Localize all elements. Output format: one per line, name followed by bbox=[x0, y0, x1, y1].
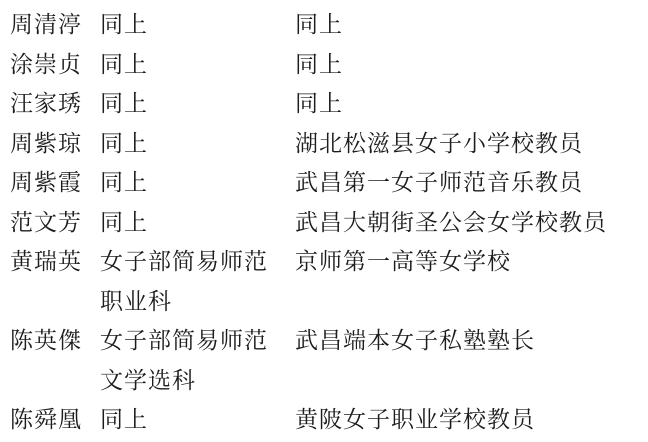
cell-person-name: 范文芳 bbox=[10, 203, 100, 243]
cell-person-name: 周紫霞 bbox=[10, 163, 100, 203]
table-row: 周紫琼 同上 湖北松滋县女子小学校教员 bbox=[10, 124, 648, 164]
cell-program: 女子部简易师范 文学选科 bbox=[100, 321, 295, 400]
table-row: 周紫霞 同上 武昌第一女子师范音乐教员 bbox=[10, 163, 648, 203]
roster-table: 周清渟 同上 同上 涂崇贞 同上 同上 汪家琇 同上 同上 周紫琼 同上 湖北松… bbox=[10, 5, 648, 440]
cell-position: 武昌第一女子师范音乐教员 bbox=[295, 163, 648, 203]
table-row: 陈英傑 女子部简易师范 文学选科 武昌端本女子私塾塾长 bbox=[10, 321, 648, 400]
cell-program: 同上 bbox=[100, 124, 295, 164]
cell-position: 武昌大朝街圣公会女学校教员 bbox=[295, 203, 648, 243]
table-row: 周清渟 同上 同上 bbox=[10, 5, 648, 45]
cell-position: 同上 bbox=[295, 5, 648, 45]
cell-program: 同上 bbox=[100, 203, 295, 243]
cell-person-name: 周清渟 bbox=[10, 5, 100, 45]
cell-person-name: 陈舜凰 bbox=[10, 400, 100, 440]
cell-person-name: 周紫琼 bbox=[10, 124, 100, 164]
cell-program: 女子部简易师范 职业科 bbox=[100, 242, 295, 321]
table-row: 涂崇贞 同上 同上 bbox=[10, 45, 648, 85]
table-row: 汪家琇 同上 同上 bbox=[10, 84, 648, 124]
cell-program: 同上 bbox=[100, 45, 295, 85]
cell-program: 同上 bbox=[100, 5, 295, 45]
document-page: 周清渟 同上 同上 涂崇贞 同上 同上 汪家琇 同上 同上 周紫琼 同上 湖北松… bbox=[0, 0, 648, 442]
cell-person-name: 汪家琇 bbox=[10, 84, 100, 124]
table-row: 陈舜凰 同上 黄陂女子职业学校教员 bbox=[10, 400, 648, 440]
cell-position: 黄陂女子职业学校教员 bbox=[295, 400, 648, 440]
cell-position: 湖北松滋县女子小学校教员 bbox=[295, 124, 648, 164]
cell-position: 京师第一高等女学校 bbox=[295, 242, 648, 282]
cell-program: 同上 bbox=[100, 84, 295, 124]
cell-program: 同上 bbox=[100, 400, 295, 440]
cell-position: 武昌端本女子私塾塾长 bbox=[295, 321, 648, 361]
cell-person-name: 涂崇贞 bbox=[10, 45, 100, 85]
table-row: 范文芳 同上 武昌大朝街圣公会女学校教员 bbox=[10, 203, 648, 243]
cell-position: 同上 bbox=[295, 45, 648, 85]
table-row: 黄瑞英 女子部简易师范 职业科 京师第一高等女学校 bbox=[10, 242, 648, 321]
cell-person-name: 黄瑞英 bbox=[10, 242, 100, 282]
cell-position: 同上 bbox=[295, 84, 648, 124]
cell-program: 同上 bbox=[100, 163, 295, 203]
cell-person-name: 陈英傑 bbox=[10, 321, 100, 361]
